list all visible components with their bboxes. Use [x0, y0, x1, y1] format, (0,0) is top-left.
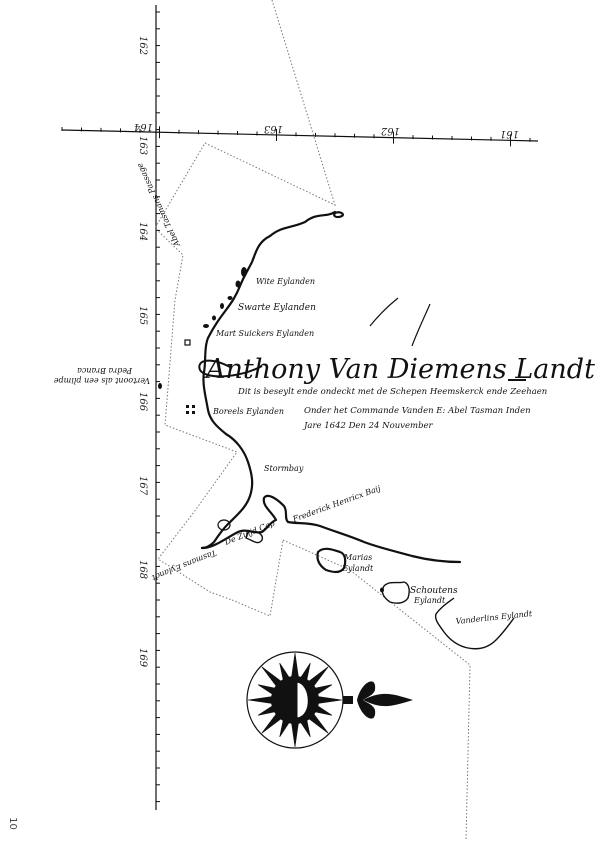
label-pedra-branca: Pedra Branca — [77, 366, 133, 375]
lat-label-164: 164 — [137, 222, 148, 241]
compass-rose-icon — [247, 652, 413, 748]
label-schoutens: Schoutens — [410, 586, 458, 596]
map-canvas: 164 163 162 161 162 163 164 165 166 167 … — [0, 0, 599, 847]
lon-label-161: 161 — [500, 128, 519, 139]
subtitle-line-1: Dit is beseylt ende ondeckt met de Schep… — [237, 387, 547, 397]
label-tasmans-eylandt: Tasmans Eylandt — [150, 548, 218, 582]
lon-label-163: 163 — [264, 123, 283, 134]
label-boreels-eylanden: Boreels Eylanden — [212, 407, 284, 416]
label-vanderlins-eylandt: Vanderlins Eylandt — [455, 609, 533, 626]
lat-label-166: 166 — [137, 392, 148, 412]
subtitle-line-2: Onder het Commande Vanden E: Abel Tasman… — [304, 406, 531, 416]
label-swarte-eylanden: Swarte Eylanden — [238, 303, 316, 313]
label-stormbay: Stormbay — [264, 464, 304, 473]
label-marias-eylandt: Eylandt — [341, 564, 374, 573]
label-wite-eylanden: Wite Eylanden — [256, 277, 315, 286]
label-marias: Marias — [343, 553, 372, 562]
lon-label-162: 162 — [381, 125, 400, 136]
label-mart-suickers-eylanden: Mart Suickers Eylanden — [215, 329, 314, 338]
lat-label-168: 168 — [137, 560, 148, 579]
lat-label-163: 163 — [137, 136, 148, 155]
label-pedra-branca-note: Vertoont als een plimpe — [54, 376, 150, 385]
subtitle-line-3: Jare 1642 Den 24 Nouvember — [302, 421, 434, 431]
map-title: Anthony Van Diemens Landt — [203, 354, 595, 385]
label-frederick-hendrick-bay: Frederick Henricx Baij — [291, 484, 383, 525]
lat-label-165: 165 — [137, 306, 148, 325]
label-schoutens-eylandt: Eylandt — [413, 596, 446, 605]
lat-label-162: 162 — [137, 36, 148, 55]
lat-label-169: 169 — [137, 648, 148, 668]
page-number: 10 — [7, 817, 18, 830]
schoutens-island — [382, 582, 409, 603]
lon-label-164: 164 — [134, 121, 153, 132]
lat-label-167: 167 — [137, 476, 148, 496]
longitude-axis: 164 163 162 161 — [62, 121, 538, 146]
